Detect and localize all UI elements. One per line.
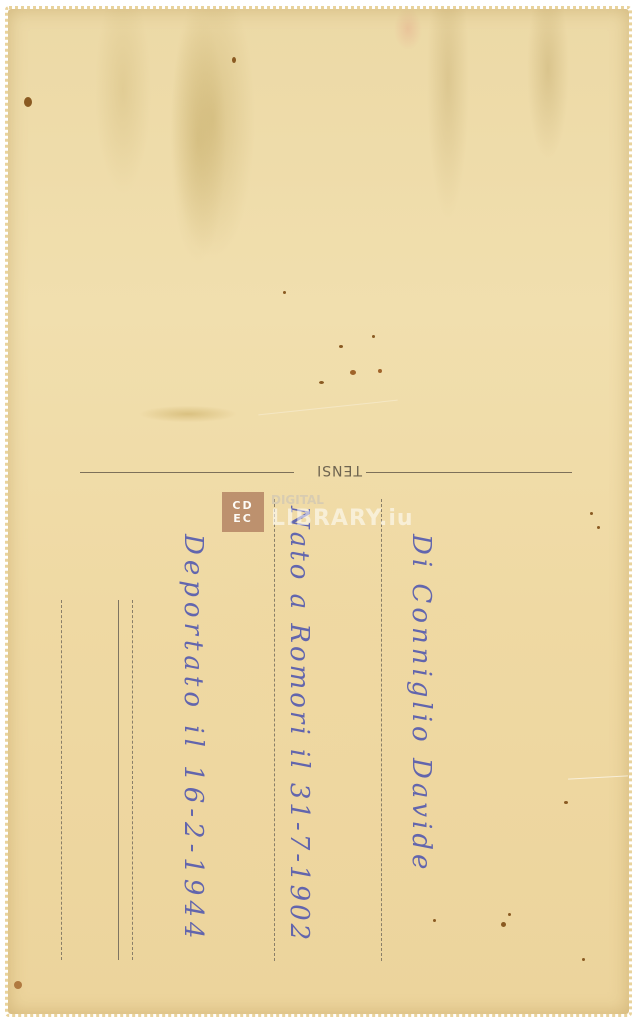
handwritten-birth: Nato a Romori il 31-7-1902 (284, 506, 314, 943)
stain (339, 345, 343, 348)
divider-right (366, 472, 572, 473)
stain (319, 381, 324, 384)
stain (501, 922, 506, 927)
stain (597, 526, 600, 529)
stain (590, 512, 593, 515)
writing-guide (381, 499, 382, 961)
stain (24, 97, 32, 107)
stain (14, 981, 22, 989)
library-watermark: CD EC DIGITAL LIBRARY.iu (222, 492, 414, 532)
address-line (61, 600, 62, 960)
cdec-logo: CD EC (222, 492, 264, 532)
crease (258, 400, 397, 416)
stain (433, 919, 436, 922)
watermark-text: DIGITAL LIBRARY.iu (271, 494, 414, 531)
stain (582, 958, 585, 961)
handwritten-name: Di Conniglio Davide (406, 534, 436, 873)
stain (350, 370, 356, 375)
stain (378, 369, 382, 373)
printer-mark: TENSI (304, 462, 374, 478)
stain (508, 913, 511, 916)
postcard-back: TENSI Di Conniglio Davide Nato a Romori … (8, 9, 629, 1014)
address-line (118, 600, 119, 960)
crease (568, 775, 628, 779)
address-line (132, 600, 133, 960)
stain (372, 335, 375, 338)
handwritten-deportation: Deportato il 16-2-1944 (178, 534, 208, 944)
stain (283, 291, 286, 294)
stain (564, 801, 568, 804)
divider-left (80, 472, 294, 473)
stain (232, 57, 236, 63)
writing-guide (274, 499, 275, 961)
